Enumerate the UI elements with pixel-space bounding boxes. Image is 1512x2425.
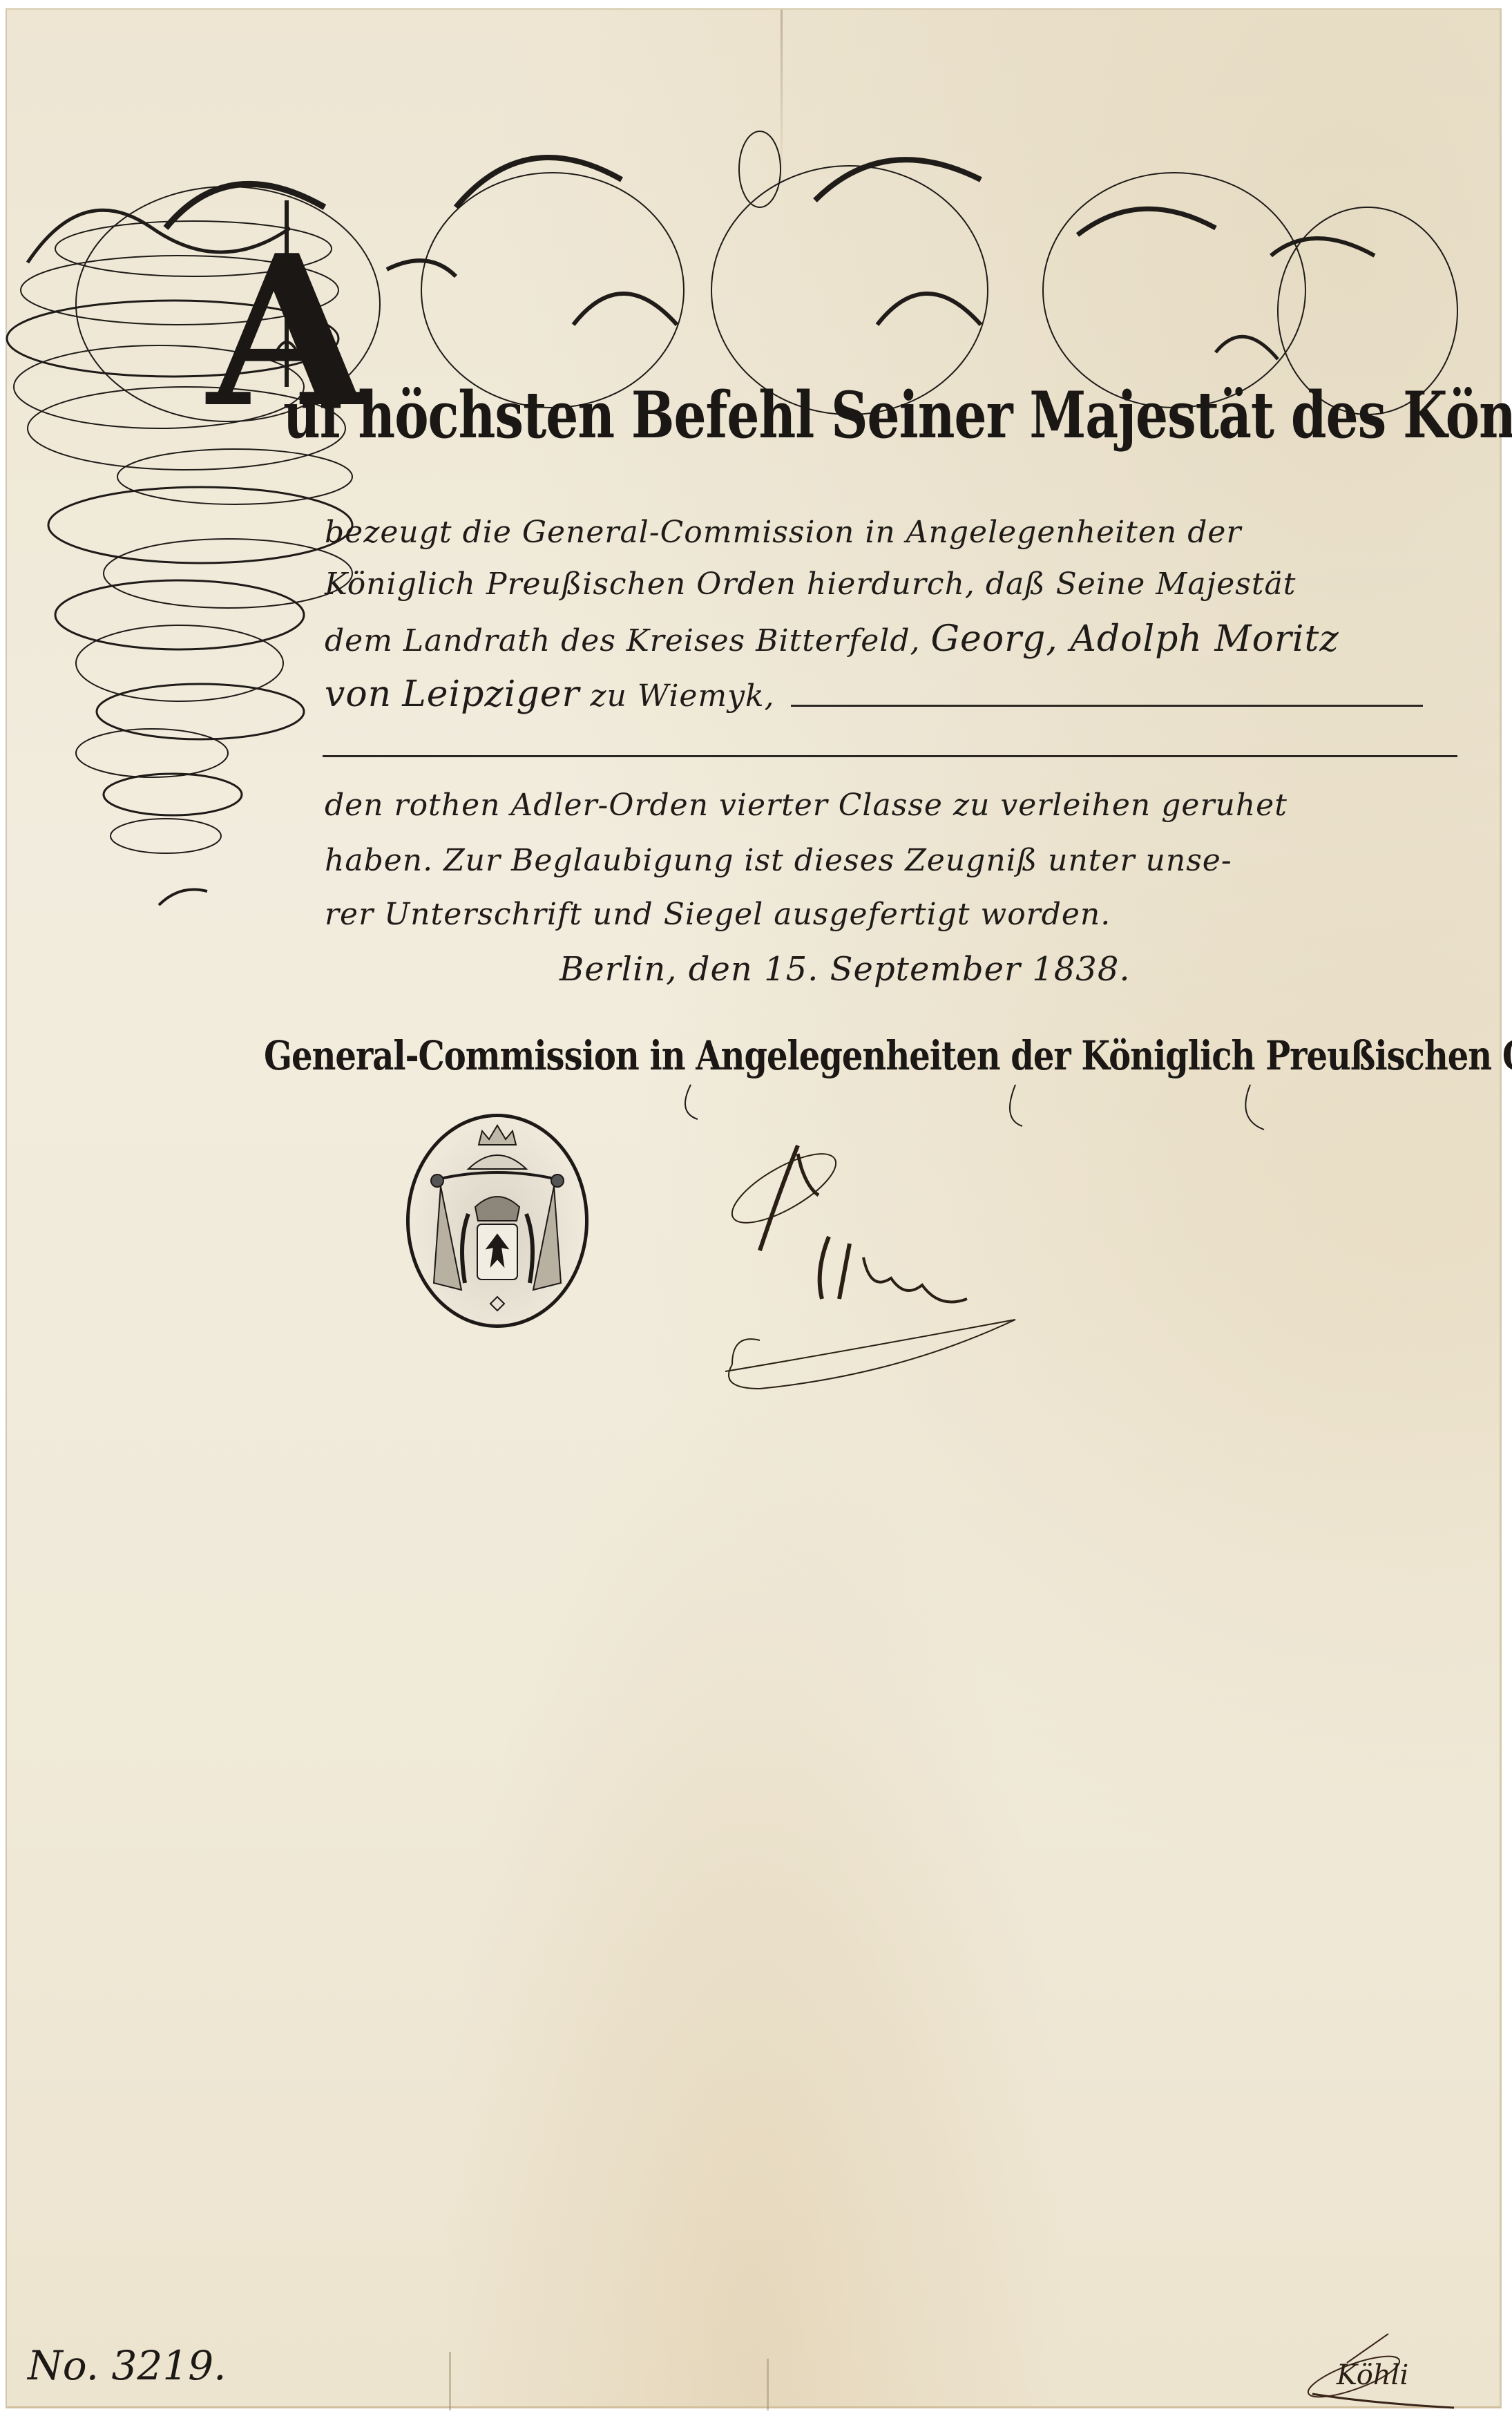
paper-tear [449,2352,451,2410]
recipient-estate: zu Wiemyk, [590,678,774,714]
corner-signature: Köhli [1337,2359,1408,2391]
award-line: rer Unterschrift und Siegel ausgefertigt… [325,897,1111,932]
body-line: bezeugt die General-Commission in Angele… [325,515,1241,550]
recipient-given-names: Georg, Adolph Moritz [931,618,1339,660]
paper-crease [781,10,783,189]
body-line: dem Landrath des Kreises Bitterfeld, Geo… [325,618,1339,660]
paper-tear [767,2359,769,2410]
place-date: Berlin, den 15. September 1838. [559,950,1131,989]
body-line: Königlich Preußischen Orden hierdurch, d… [325,567,1296,602]
divider-line [323,755,1457,757]
award-line: haben. Zur Beglaubigung ist dieses Zeugn… [325,843,1232,878]
body-line-text: dem Landrath des Kreises Bitterfeld, [325,623,921,658]
recipient-surname: Leipziger [402,674,580,715]
coat-of-arms-seal-icon [406,1114,588,1328]
fill-line [791,705,1423,707]
registry-number: No. 3219. [28,2342,227,2389]
issuer-title: General-Commission in Angelegenheiten de… [264,1033,1480,1079]
body-line: von Leipziger zu Wiemyk, [325,674,775,715]
recipient-prefix: von [325,674,392,715]
heading-title: uf höchsten Befehl Seiner Majestät des K… [283,379,1471,453]
award-line: den rothen Adler-Orden vierter Classe zu… [325,788,1288,823]
coat-of-arms-drawing-icon [410,1117,585,1324]
